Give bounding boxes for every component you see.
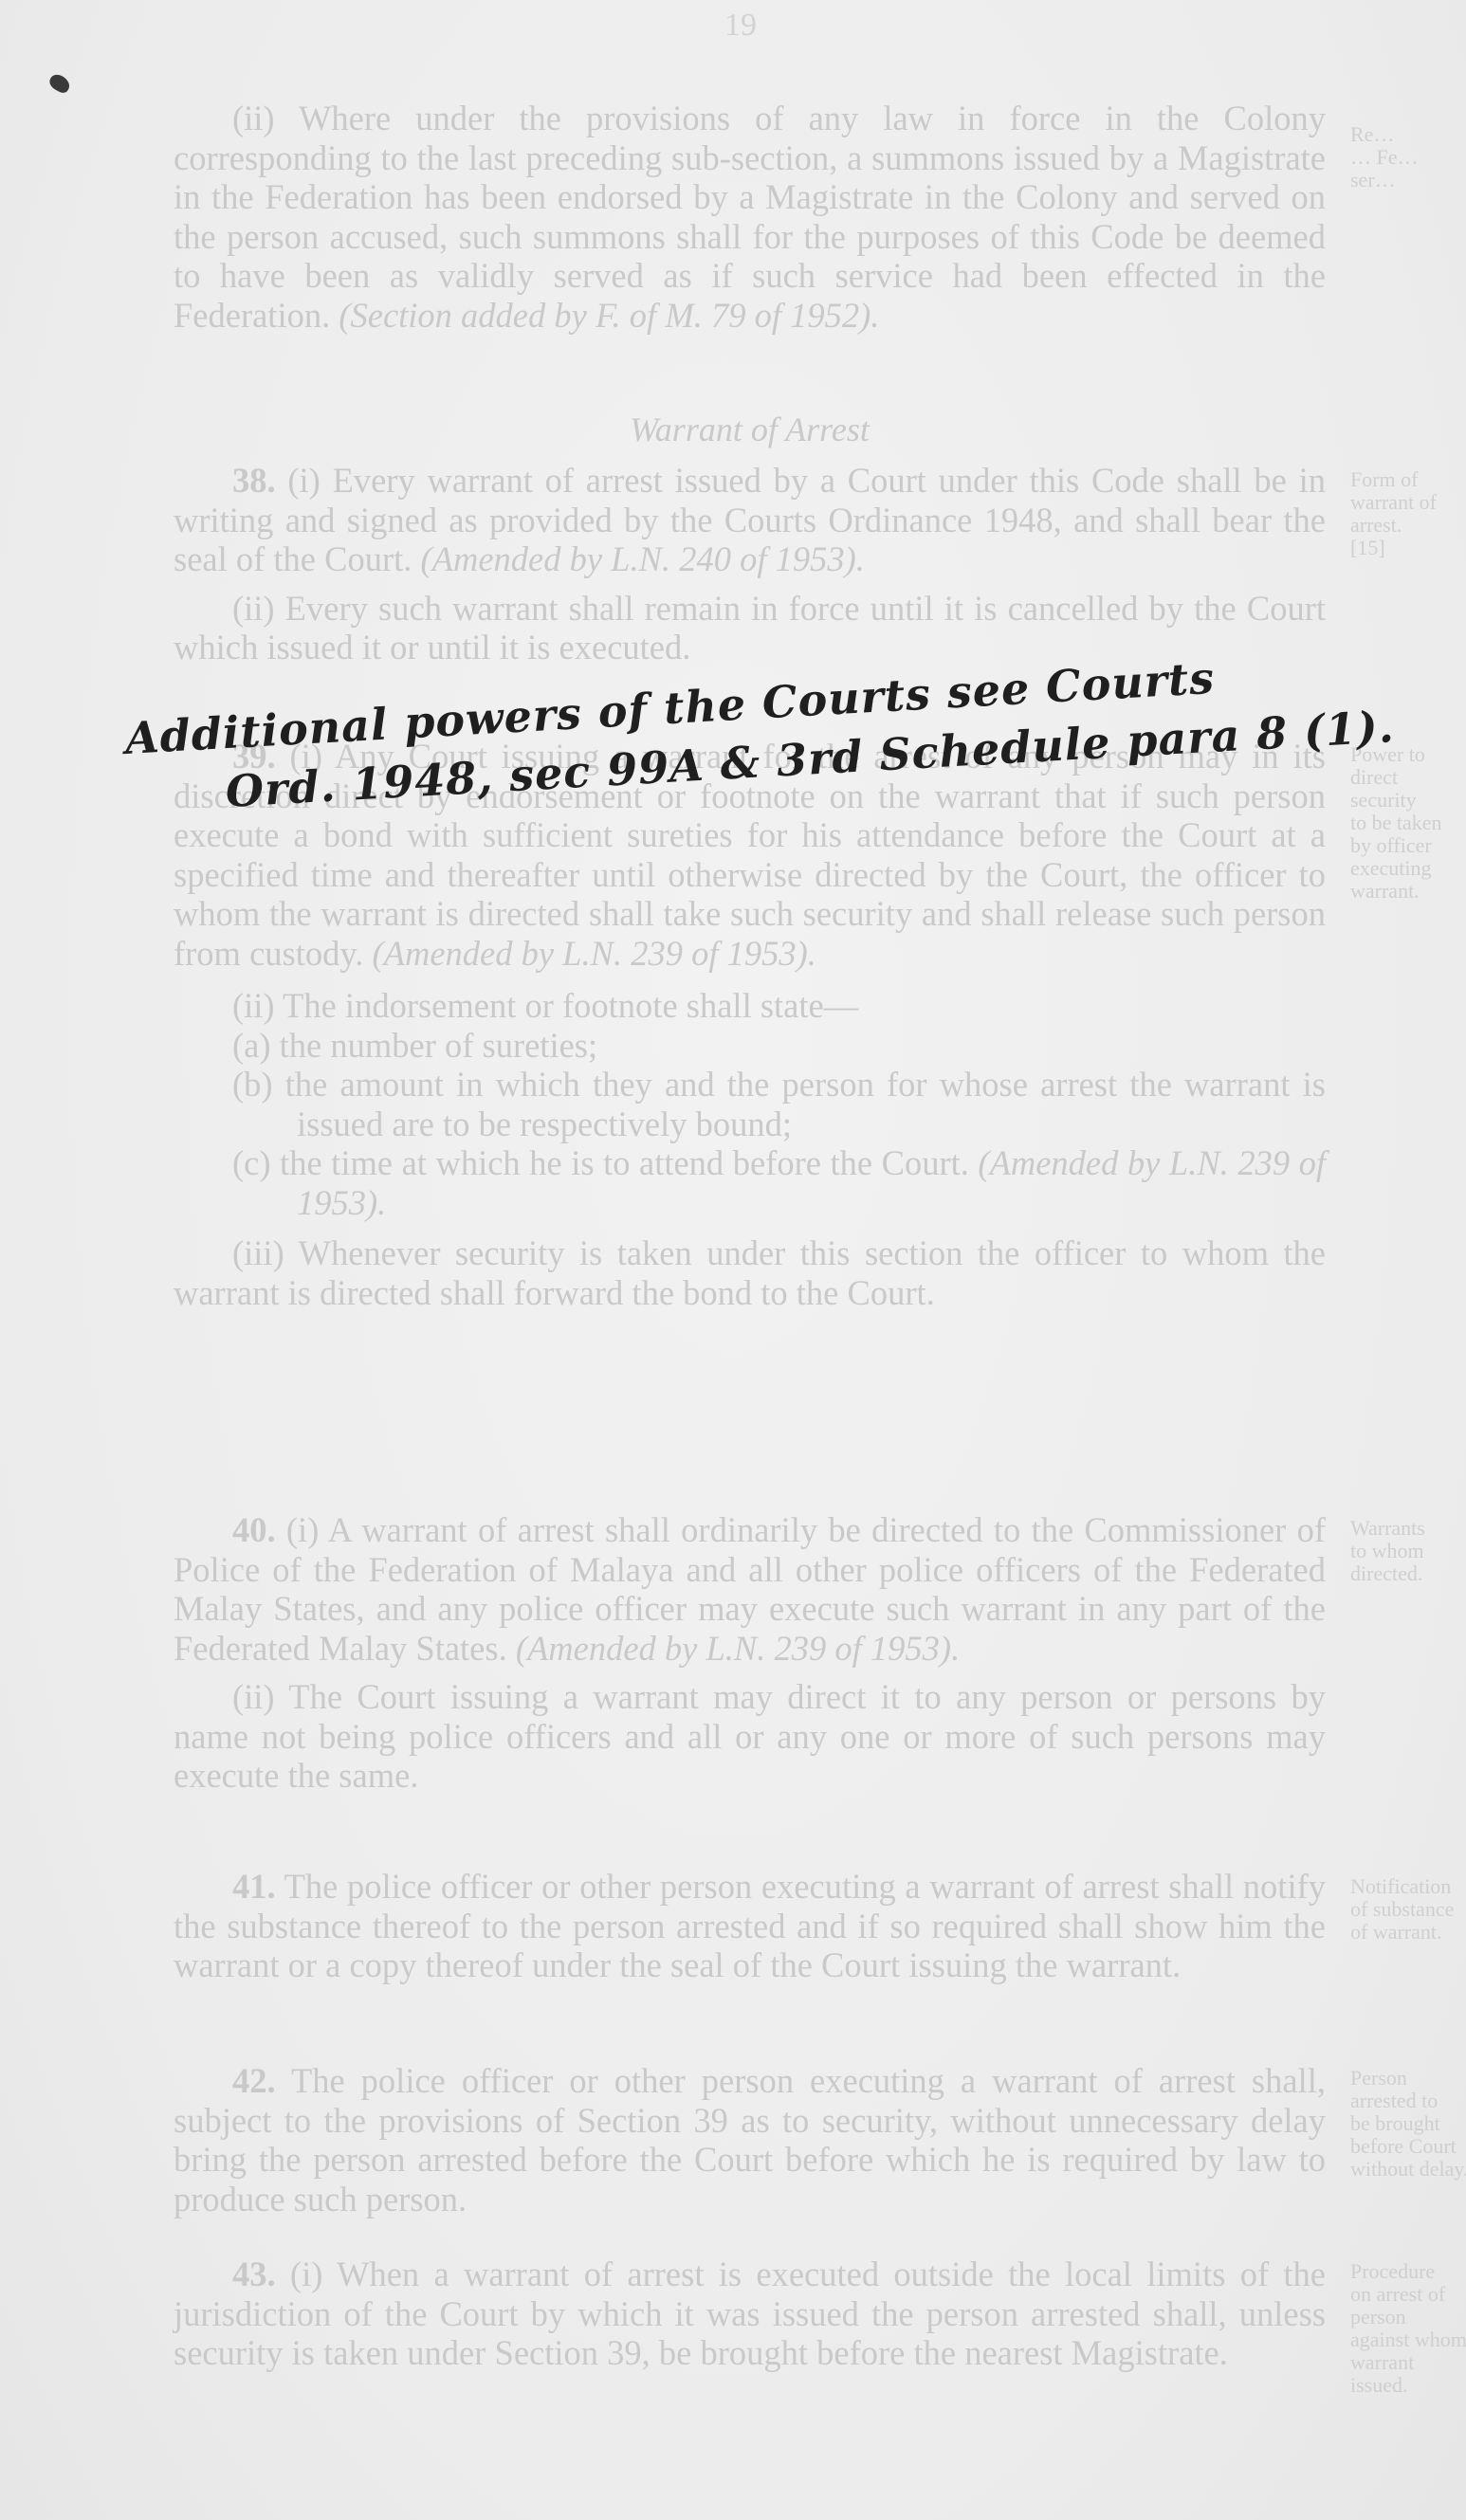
section-41: 41. The police officer or other person e…	[174, 1867, 1326, 1985]
margin-note-0: Re… … Fe… ser…	[1350, 123, 1466, 192]
section-40-ii-text: (ii) The Court issuing a warrant may dir…	[174, 1677, 1326, 1796]
section-39-ii-c: (c) the time at which he is to attend be…	[232, 1143, 969, 1182]
page-number: 19	[724, 8, 757, 44]
section-38-number: 38.	[232, 461, 276, 500]
scanned-page: 19 (ii) Where under the provisions of an…	[0, 0, 1466, 2520]
section-43-number: 43.	[232, 2255, 276, 2293]
section-42-number: 42.	[232, 2061, 276, 2100]
section-42: 42. The police officer or other person e…	[174, 2061, 1326, 2219]
margin-note-power-to-direct-security: Power to direct security to be taken by …	[1350, 743, 1466, 903]
section-41-number: 41.	[232, 1867, 276, 1906]
section-39-ii-b: (b) the amount in which they and the per…	[174, 1065, 1326, 1143]
section-43: 43. (i) When a warrant of arrest is exec…	[174, 2255, 1326, 2373]
section-43-text: (i) When a warrant of arrest is executed…	[174, 2255, 1326, 2372]
margin-note-warrants-to-whom-directed: Warrants to whom directed.	[1350, 1517, 1466, 1585]
section-39-i-note: (Amended by L.N. 239 of 1953).	[373, 934, 816, 973]
section-37-ii: (ii) Where under the provisions of any l…	[174, 99, 1326, 335]
section-38: 38. (i) Every warrant of arrest issued b…	[174, 461, 1326, 667]
margin-note-person-arrested: Person arrested to be brought before Cou…	[1350, 2067, 1466, 2181]
margin-note-form-of-warrant: Form of warrant of arrest. [15]	[1350, 468, 1466, 559]
section-39-iii-text: (iii) Whenever security is taken under t…	[174, 1233, 1326, 1312]
section-39-ii-a: (a) the number of sureties;	[174, 1026, 1326, 1066]
section-40: 40. (i) A warrant of arrest shall ordina…	[174, 1510, 1326, 1796]
section-42-text: The police officer or other person execu…	[174, 2061, 1326, 2219]
section-40-i-note: (Amended by L.N. 239 of 1953).	[516, 1629, 960, 1668]
ink-blot	[46, 72, 72, 96]
margin-note-procedure-on-arrest: Procedure on arrest of person against wh…	[1350, 2260, 1466, 2397]
margin-note-notification-of-substance: Notification of substance of warrant.	[1350, 1875, 1466, 1944]
section-37-ii-note: (Section added by F. of M. 79 of 1952).	[339, 296, 879, 335]
heading-warrant-of-arrest: Warrant of Arrest	[174, 410, 1326, 449]
section-39: 39. (i) Any Court issuing a warrant for …	[174, 737, 1326, 1312]
section-41-text: The police officer or other person execu…	[174, 1867, 1326, 1984]
section-40-number: 40.	[232, 1510, 276, 1549]
section-39-ii-text: (ii) The indorsement or footnote shall s…	[174, 986, 1326, 1026]
section-38-i-note: (Amended by L.N. 240 of 1953).	[421, 539, 865, 578]
